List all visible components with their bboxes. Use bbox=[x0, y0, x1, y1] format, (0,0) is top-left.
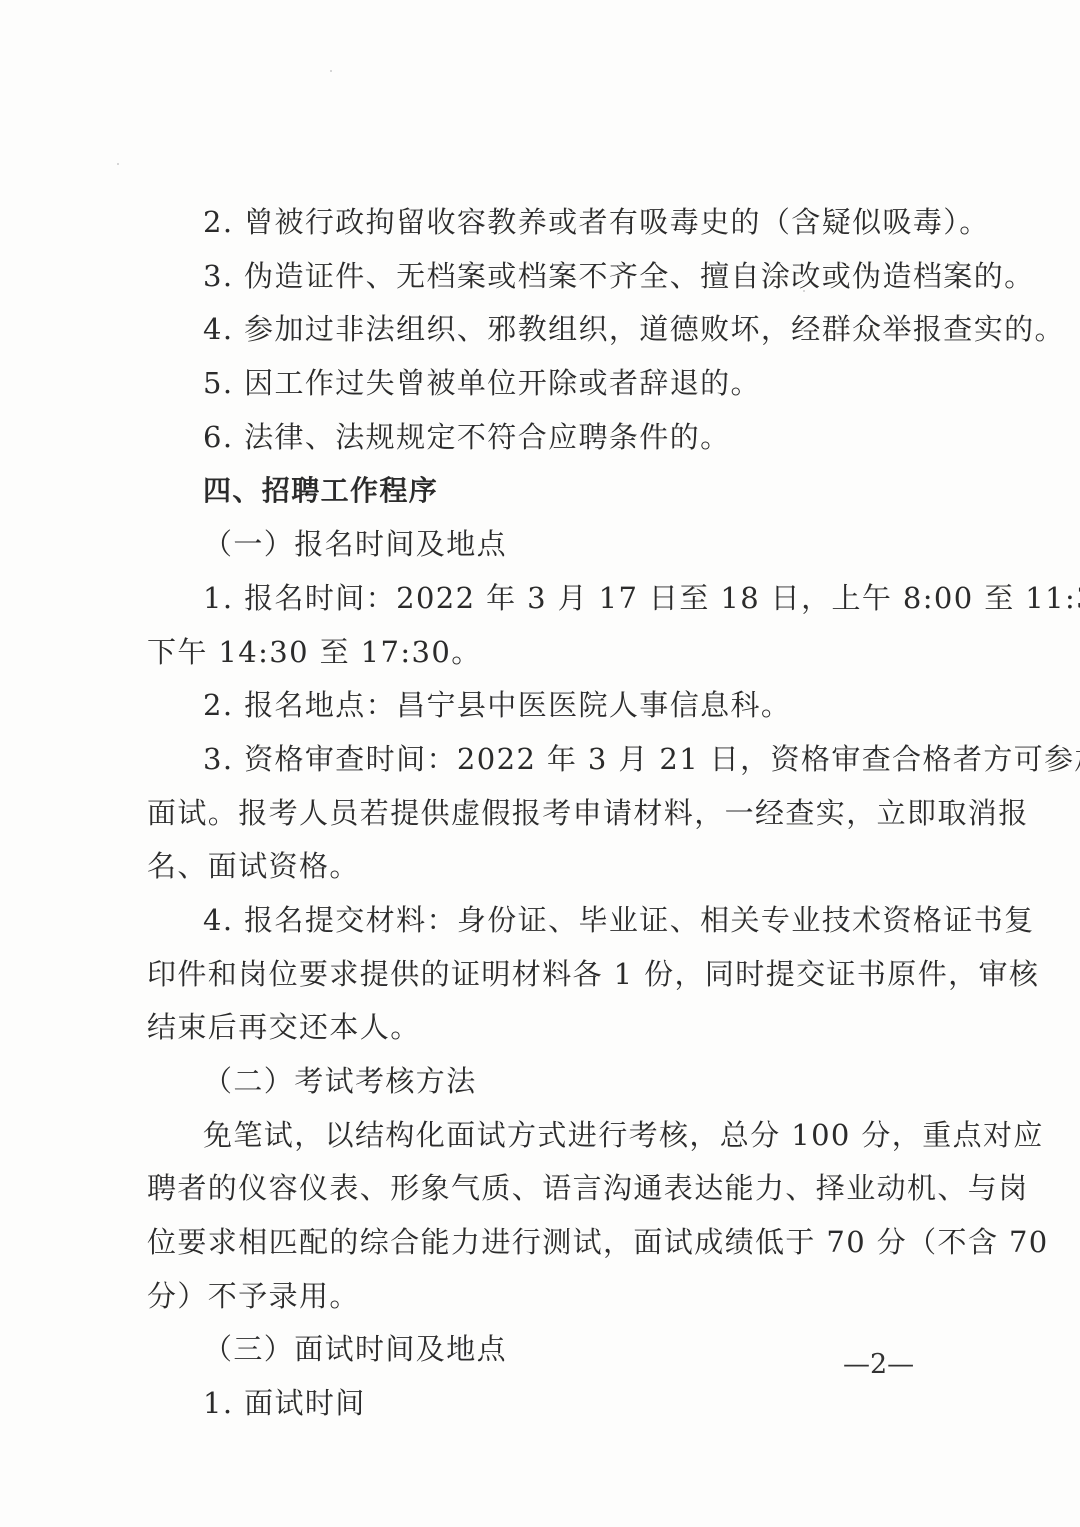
scan-speck bbox=[117, 163, 119, 165]
paragraph-line: 1. 面试时间 bbox=[147, 1377, 953, 1431]
paragraph-line: 免笔试，以结构化面试方式进行考核，总分 100 分，重点对应 bbox=[147, 1109, 953, 1163]
paragraph-line: 2. 报名地点：昌宁县中医医院人事信息科。 bbox=[147, 679, 953, 733]
page-number: —2— bbox=[843, 1349, 914, 1380]
paragraph-line: 面试。报考人员若提供虚假报考申请材料，一经查实，立即取消报 bbox=[147, 787, 953, 841]
paragraph-line: 印件和岗位要求提供的证明材料各 1 份，同时提交证书原件，审核 bbox=[147, 948, 953, 1002]
paragraph-line: 名、面试资格。 bbox=[147, 840, 953, 894]
section-heading: 四、招聘工作程序 bbox=[147, 464, 953, 518]
paragraph-line: 6. 法律、法规规定不符合应聘条件的。 bbox=[147, 411, 953, 465]
scan-speck bbox=[330, 70, 332, 72]
paragraph-line: 4. 参加过非法组织、邪教组织，道德败坏，经群众举报查实的。 bbox=[147, 303, 953, 357]
paragraph-line: 结束后再交还本人。 bbox=[147, 1001, 953, 1055]
subsection-heading: （三）面试时间及地点 bbox=[147, 1323, 953, 1377]
paragraph-line: 1. 报名时间：2022 年 3 月 17 日至 18 日，上午 8:00 至 … bbox=[147, 572, 953, 626]
paragraph-line: 分）不予录用。 bbox=[147, 1270, 953, 1324]
paragraph-line: 3. 资格审查时间：2022 年 3 月 21 日，资格审查合格者方可参加 bbox=[147, 733, 953, 787]
paragraph-line: 5. 因工作过失曾被单位开除或者辞退的。 bbox=[147, 357, 953, 411]
paragraph-line: 4. 报名提交材料：身份证、毕业证、相关专业技术资格证书复 bbox=[147, 894, 953, 948]
paragraph-line: 3. 伪造证件、无档案或档案不齐全、擅自涂改或伪造档案的。 bbox=[147, 250, 953, 304]
subsection-heading: （二）考试考核方法 bbox=[147, 1055, 953, 1109]
document-body: 2. 曾被行政拘留收容教养或者有吸毒史的（含疑似吸毒）。 3. 伪造证件、无档案… bbox=[147, 196, 953, 1431]
paragraph-line: 2. 曾被行政拘留收容教养或者有吸毒史的（含疑似吸毒）。 bbox=[147, 196, 953, 250]
subsection-heading: （一）报名时间及地点 bbox=[147, 518, 953, 572]
paragraph-line: 位要求相匹配的综合能力进行测试，面试成绩低于 70 分（不含 70 bbox=[147, 1216, 953, 1270]
paragraph-line: 聘者的仪容仪表、形象气质、语言沟通表达能力、择业动机、与岗 bbox=[147, 1162, 953, 1216]
document-page: 2. 曾被行政拘留收容教养或者有吸毒史的（含疑似吸毒）。 3. 伪造证件、无档案… bbox=[0, 0, 1080, 1527]
paragraph-line: 下午 14:30 至 17:30。 bbox=[147, 626, 953, 680]
